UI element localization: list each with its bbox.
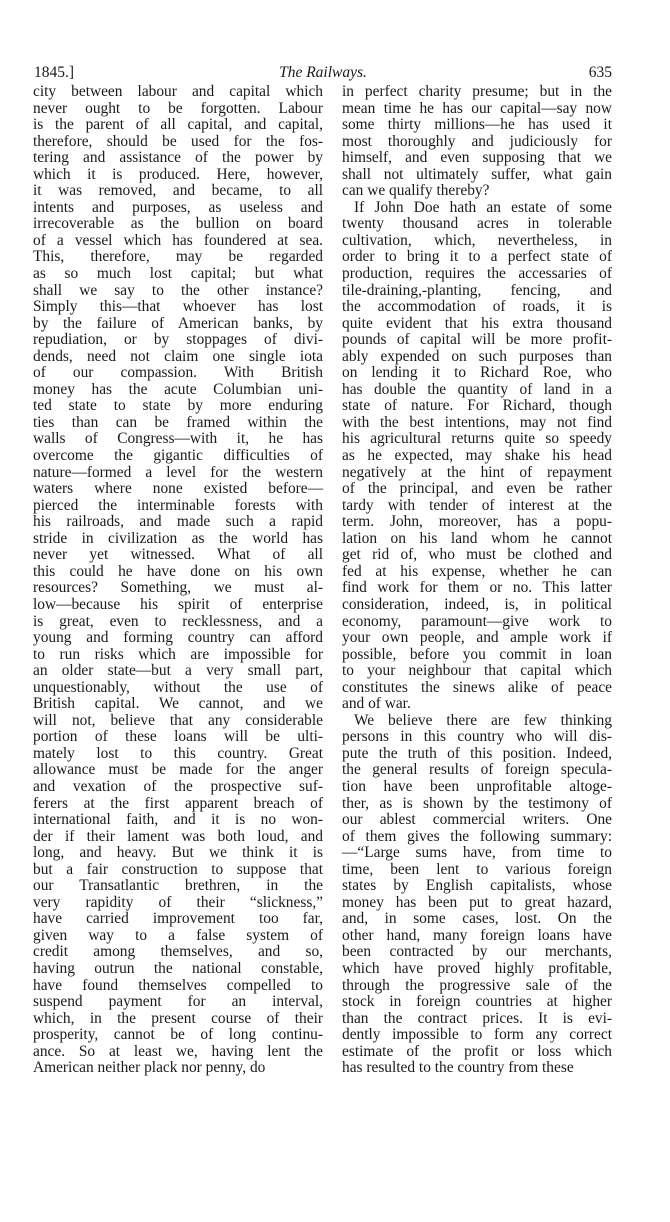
text-line: —“Large sums have, from time to (342, 845, 612, 862)
text-line: to run risks which are impossible for (33, 647, 323, 664)
text-line: quite evident that his extra thousand (342, 316, 612, 333)
text-line: ther, as is shown by the testimony of (342, 796, 612, 813)
text-line: overcome the gigantic difficulties of (33, 448, 323, 465)
text-line: This, therefore, may be regarded (33, 249, 323, 266)
text-line: order to bring it to a perfect state of (342, 249, 612, 266)
text-line: cultivation, which, nevertheless, in (342, 233, 612, 250)
text-line: Simply this—that whoever has lost (33, 299, 323, 316)
text-line: intents and purposes, as useless and (33, 200, 323, 217)
text-line: our ablest commercial writers. One (342, 812, 612, 829)
text-line: shall not ultimately suffer, what gain (342, 167, 612, 184)
text-line: very rapidity of their “slickness,” (33, 895, 323, 912)
text-line: our Transatlantic brethren, in the (33, 878, 323, 895)
text-line: in perfect charity presume; but in the (342, 84, 612, 101)
text-line: We believe there are few thinking (342, 713, 612, 730)
text-line: ably expended on such purposes than (342, 349, 612, 366)
text-line: irrecoverable as the bullion on board (33, 216, 323, 233)
text-line: international faith, and it is no won- (33, 812, 323, 829)
text-line: shall we say to the other instance? (33, 283, 323, 300)
text-line: term. John, moreover, has a popu- (342, 514, 612, 531)
text-line: most thoroughly and judiciously for (342, 134, 612, 151)
text-line: get rid of, who must be clothed and (342, 547, 612, 564)
text-line: to your neighbour that capital which (342, 663, 612, 680)
text-line: will not, believe that any considerable (33, 713, 323, 730)
text-line: consideration, indeed, is, in political (342, 597, 612, 614)
text-line: but a fair construction to suppose that (33, 862, 323, 879)
text-line: find work for them or no. This latter (342, 580, 612, 597)
document-page: 1845.] The Railways. 635 city between la… (0, 0, 670, 1222)
text-line: is great, even to recklessness, and a (33, 614, 323, 631)
header-title: The Railways. (34, 64, 612, 82)
text-line: given way to a false system of (33, 928, 323, 945)
right-column: in perfect charity presume; but in theme… (342, 84, 612, 1077)
text-line: If John Doe hath an estate of some (342, 200, 612, 217)
text-line: money has the acute Columbian uni- (33, 382, 323, 399)
text-line: and, in some cases, lost. On the (342, 911, 612, 928)
text-line: with the best intentions, may not find (342, 415, 612, 432)
text-line: have carried improvement too far, (33, 911, 323, 928)
text-line: portion of these loans will be ulti- (33, 729, 323, 746)
text-line: pierced the interminable forests with (33, 498, 323, 515)
text-line: stride in civilization as the world has (33, 531, 323, 548)
text-line: nature—formed a level for the western (33, 465, 323, 482)
text-line: low—because his spirit of enterprise (33, 597, 323, 614)
text-line: which it is produced. Here, however, (33, 167, 323, 184)
text-line: of the principal, and even be rather (342, 481, 612, 498)
text-line: himself, and even supposing that we (342, 150, 612, 167)
text-line: estimate of the profit or loss which (342, 1044, 612, 1061)
text-line: ties than can be framed within the (33, 415, 323, 432)
text-line: credit among themselves, and so, (33, 944, 323, 961)
text-line: mately lost to this country. Great (33, 746, 323, 763)
text-line: this could he have done on his own (33, 564, 323, 581)
text-line: which, in the present course of their (33, 1011, 323, 1028)
text-line: than the contract prices. It is evi- (342, 1011, 612, 1028)
text-line: twenty thousand acres in tolerable (342, 216, 612, 233)
text-line: waters where none existed before— (33, 481, 323, 498)
text-line: can we qualify thereby? (342, 183, 612, 200)
text-line: resources? Something, we must al- (33, 580, 323, 597)
text-line: time, been lent to various foreign (342, 862, 612, 879)
page-number: 635 (589, 64, 612, 82)
text-line: state of nature. For Richard, though (342, 398, 612, 415)
text-line: British capital. We cannot, and we (33, 696, 323, 713)
left-column: city between labour and capital whichnev… (33, 84, 323, 1077)
text-line: city between labour and capital which (33, 84, 323, 101)
text-line: tardy with tender of interest at the (342, 498, 612, 515)
text-line: unquestionably, without the use of (33, 680, 323, 697)
text-line: of a vessel which has foundered at sea. (33, 233, 323, 250)
text-line: lation on his land whom he cannot (342, 531, 612, 548)
text-line: long, and heavy. But we think it is (33, 845, 323, 862)
text-line: as he expected, may shake his head (342, 448, 612, 465)
running-head: 1845.] The Railways. 635 (34, 64, 612, 84)
text-line: having outrun the national constable, (33, 961, 323, 978)
text-line: negatively at the hint of repayment (342, 465, 612, 482)
text-line: never yet witnessed. What of all (33, 547, 323, 564)
text-line: young and forming country can afford (33, 630, 323, 647)
text-line: suspend payment for an interval, (33, 994, 323, 1011)
text-line: and of war. (342, 696, 612, 713)
text-line: walls of Congress—with it, he has (33, 431, 323, 448)
text-line: economy, paramount—give work to (342, 614, 612, 631)
text-line: money has been put to great hazard, (342, 895, 612, 912)
text-line: prosperity, cannot be of long continu- (33, 1027, 323, 1044)
text-line: by the failure of American banks, by (33, 316, 323, 333)
text-line: constitutes the sinews alike of peace (342, 680, 612, 697)
text-line: states by English capitalists, whose (342, 878, 612, 895)
text-line: have found themselves compelled to (33, 978, 323, 995)
text-line: tering and assistance of the power by (33, 150, 323, 167)
text-line: his railroads, and made such a rapid (33, 514, 323, 531)
text-line: of our compassion. With British (33, 365, 323, 382)
text-line: the general results of foreign specula- (342, 762, 612, 779)
text-line: is the parent of all capital, and capita… (33, 117, 323, 134)
text-line: the accommodation of roads, it is (342, 299, 612, 316)
text-line: ferers at the first apparent breach of (33, 796, 323, 813)
text-line: production, requires the accessaries of (342, 266, 612, 283)
text-line: fed at his expense, whether he can (342, 564, 612, 581)
text-line: ance. So at least we, having lent the (33, 1044, 323, 1061)
text-line: other hand, many foreign loans have (342, 928, 612, 945)
text-line: has double the quantity of land in a (342, 382, 612, 399)
text-line: your own people, and ample work if (342, 630, 612, 647)
text-line: some thirty millions—he has used it (342, 117, 612, 134)
text-line: dends, need not claim one single iota (33, 349, 323, 366)
text-line: possible, before you commit in loan (342, 647, 612, 664)
text-line: his agricultural returns quite so speedy (342, 431, 612, 448)
text-line: tion have been unprofitable altoge- (342, 779, 612, 796)
text-line: an older state—but a very small part, (33, 663, 323, 680)
text-line: repudiation, or by stoppages of divi- (33, 332, 323, 349)
text-line: has resulted to the country from these (342, 1060, 612, 1077)
text-line: der if their lament was both loud, and (33, 829, 323, 846)
text-line: as so much lost capital; but what (33, 266, 323, 283)
text-line: been contracted by our merchants, (342, 944, 612, 961)
text-line: pounds of capital will be more profit- (342, 332, 612, 349)
text-line: therefore, should be used for the fos- (33, 134, 323, 151)
text-line: never ought to be forgotten. Labour (33, 101, 323, 118)
text-line: through the progressive sale of the (342, 978, 612, 995)
text-line: American neither plack nor penny, do (33, 1060, 323, 1077)
text-line: stock in foreign countries at higher (342, 994, 612, 1011)
text-line: on lending it to Richard Roe, who (342, 365, 612, 382)
text-line: mean time he has our capital—say now (342, 101, 612, 118)
text-line: and vexation of the prospective suf- (33, 779, 323, 796)
text-line: ted state to state by more enduring (33, 398, 323, 415)
text-line: dently impossible to form any correct (342, 1027, 612, 1044)
text-line: of them gives the following summary: (342, 829, 612, 846)
text-line: tile-draining,-planting, fencing, and (342, 283, 612, 300)
text-line: allowance must be made for the anger (33, 762, 323, 779)
text-line: pute the truth of this position. Indeed, (342, 746, 612, 763)
text-line: it was removed, and became, to all (33, 183, 323, 200)
text-line: which have proved highly profitable, (342, 961, 612, 978)
text-line: persons in this country who will dis- (342, 729, 612, 746)
